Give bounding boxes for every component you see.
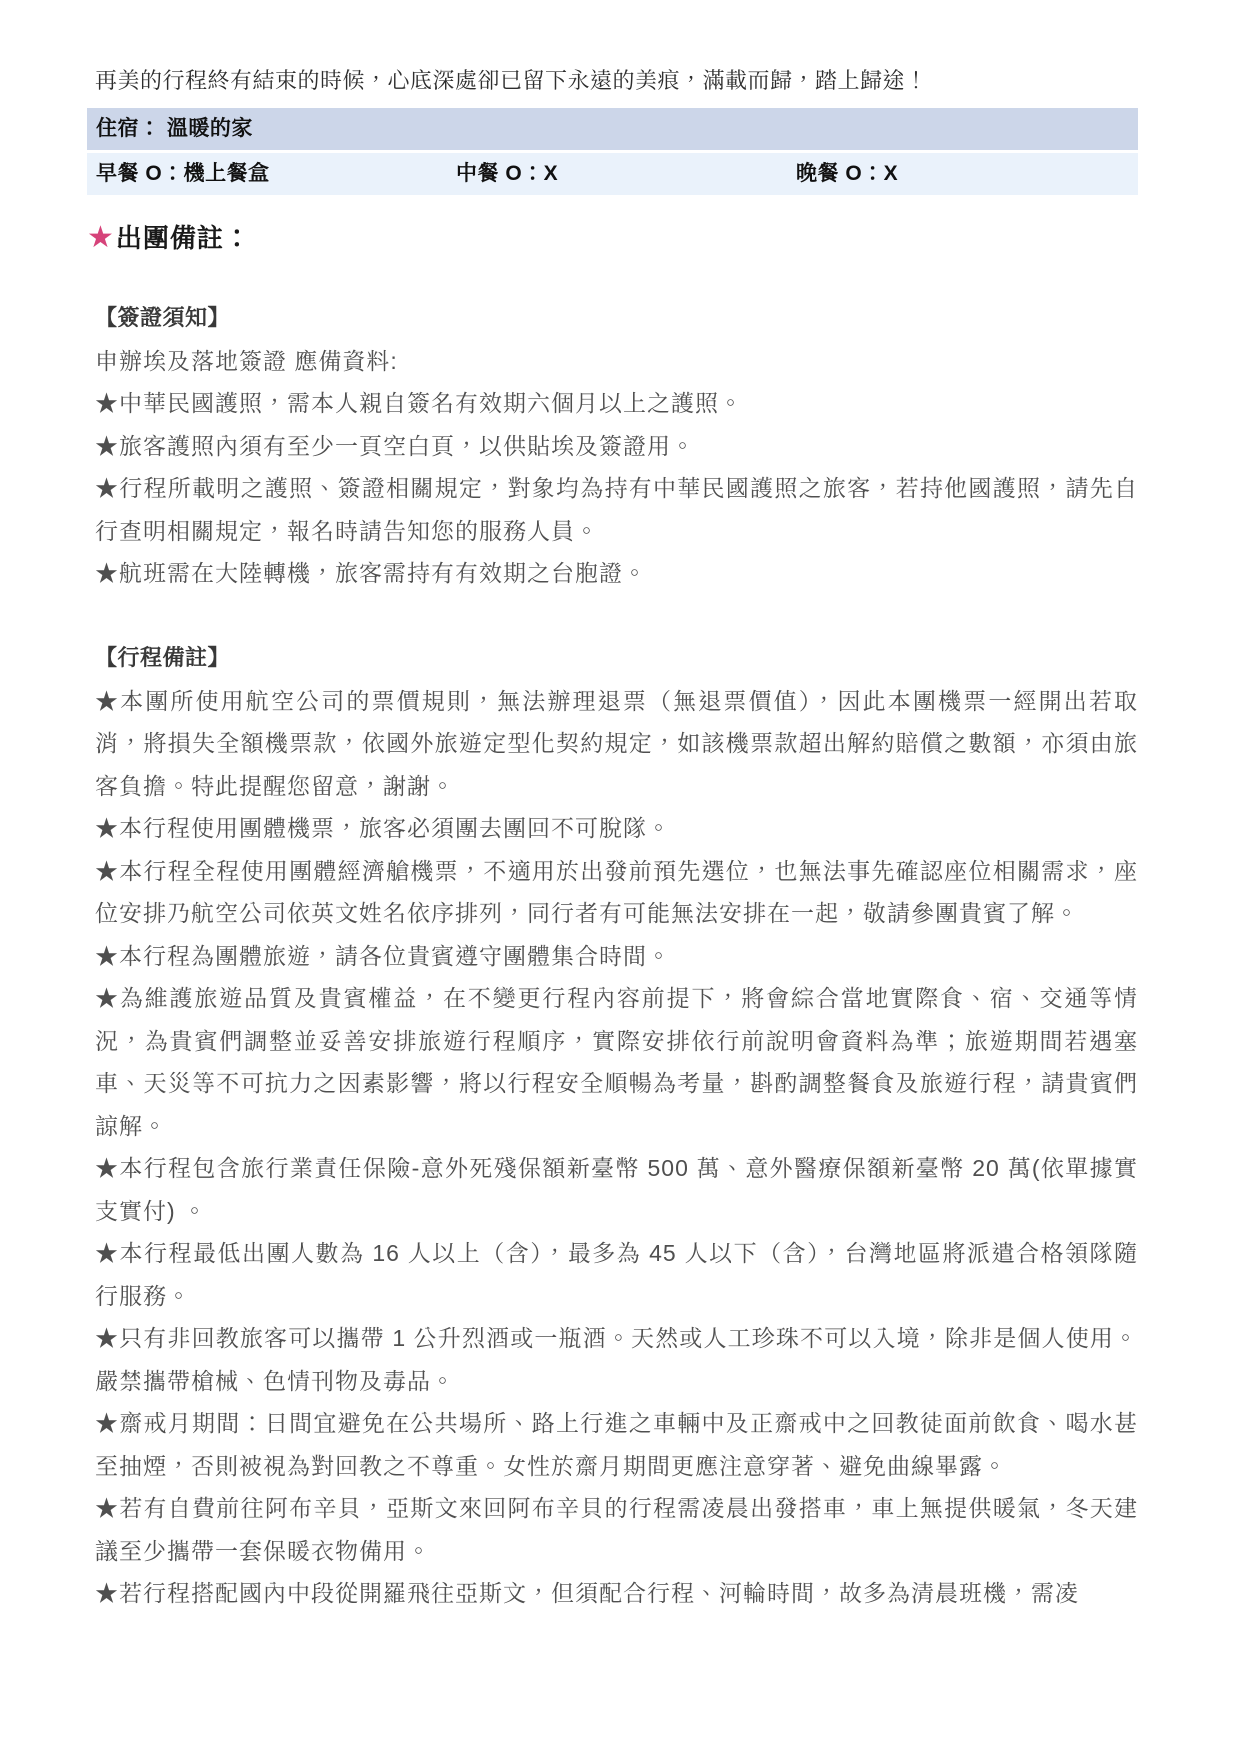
dinner-cell: 晚餐 O：X bbox=[787, 153, 1138, 195]
note-item: ★航班需在大陸轉機，旅客需持有有效期之台胞證。 bbox=[87, 552, 1138, 595]
note-item: ★為維護旅遊品質及貴賓權益，在不變更行程內容前提下，將會綜合當地實際食、宿、交通… bbox=[87, 977, 1138, 1147]
note-item: ★本行程包含旅行業責任保險-意外死殘保額新臺幣 500 萬、意外醫療保額新臺幣 … bbox=[87, 1147, 1138, 1232]
notes-title: ★ 出團備註： bbox=[87, 219, 1138, 257]
lunch-cell: 中餐 O：X bbox=[447, 153, 787, 195]
meals-row: 早餐 O：機上餐盒 中餐 O：X 晚餐 O：X bbox=[87, 153, 1138, 195]
closing-line: 再美的行程終有結束的時候，心底深處卻已留下永遠的美痕，滿載而歸，踏上歸途！ bbox=[87, 66, 1138, 96]
itinerary-section-heading: 【行程備註】 bbox=[87, 637, 1138, 680]
visa-section: 【簽證須知】 申辦埃及落地簽證 應備資料: ★中華民國護照，需本人親自簽名有效期… bbox=[87, 297, 1138, 595]
note-item: ★若行程搭配國內中段從開羅飛往亞斯文，但須配合行程、河輪時間，故多為清晨班機，需… bbox=[87, 1572, 1138, 1615]
note-item: ★本行程為團體旅遊，請各位貴賓遵守團體集合時間。 bbox=[87, 935, 1138, 978]
note-item: ★行程所載明之護照、簽證相關規定，對象均為持有中華民國護照之旅客，若持他國護照，… bbox=[87, 467, 1138, 552]
visa-section-heading: 【簽證須知】 bbox=[87, 297, 1138, 340]
note-item: ★本行程全程使用團體經濟艙機票，不適用於出發前預先選位，也無法事先確認座位相關需… bbox=[87, 850, 1138, 935]
accommodation-row: 住宿： 溫暖的家 bbox=[87, 108, 1138, 150]
lodging-table: 住宿： 溫暖的家 早餐 O：機上餐盒 中餐 O：X 晚餐 O：X bbox=[87, 108, 1138, 195]
note-item: ★齋戒月期間：日間宜避免在公共場所、路上行進之車輛中及正齋戒中之回教徒面前飲食、… bbox=[87, 1402, 1138, 1487]
note-item: ★若有自費前往阿布辛貝，亞斯文來回阿布辛貝的行程需凌晨出發搭車，車上無提供暖氣，… bbox=[87, 1487, 1138, 1572]
star-icon: ★ bbox=[87, 219, 114, 257]
note-item: ★本團所使用航空公司的票價規則，無法辦理退票（無退票價值），因此本團機票一經開出… bbox=[87, 680, 1138, 808]
itinerary-notes-section: 【行程備註】 ★本團所使用航空公司的票價規則，無法辦理退票（無退票價值），因此本… bbox=[87, 637, 1138, 1615]
note-item: ★本行程最低出團人數為 16 人以上（含），最多為 45 人以下（含），台灣地區… bbox=[87, 1232, 1138, 1317]
note-item: ★旅客護照內須有至少一頁空白頁，以供貼埃及簽證用。 bbox=[87, 425, 1138, 468]
itinerary-page: 再美的行程終有結束的時候，心底深處卻已留下永遠的美痕，滿載而歸，踏上歸途！ 住宿… bbox=[0, 0, 1241, 1755]
notes-title-text: 出團備註： bbox=[116, 219, 251, 257]
breakfast-cell: 早餐 O：機上餐盒 bbox=[87, 153, 447, 195]
note-item: ★本行程使用團體機票，旅客必須團去團回不可脫隊。 bbox=[87, 807, 1138, 850]
note-item: ★中華民國護照，需本人親自簽名有效期六個月以上之護照。 bbox=[87, 382, 1138, 425]
accommodation-text: 住宿： 溫暖的家 bbox=[96, 117, 253, 140]
note-item: ★只有非回教旅客可以攜帶 1 公升烈酒或一瓶酒。天然或人工珍珠不可以入境，除非是… bbox=[87, 1317, 1138, 1402]
note-item: 申辦埃及落地簽證 應備資料: bbox=[87, 340, 1138, 383]
